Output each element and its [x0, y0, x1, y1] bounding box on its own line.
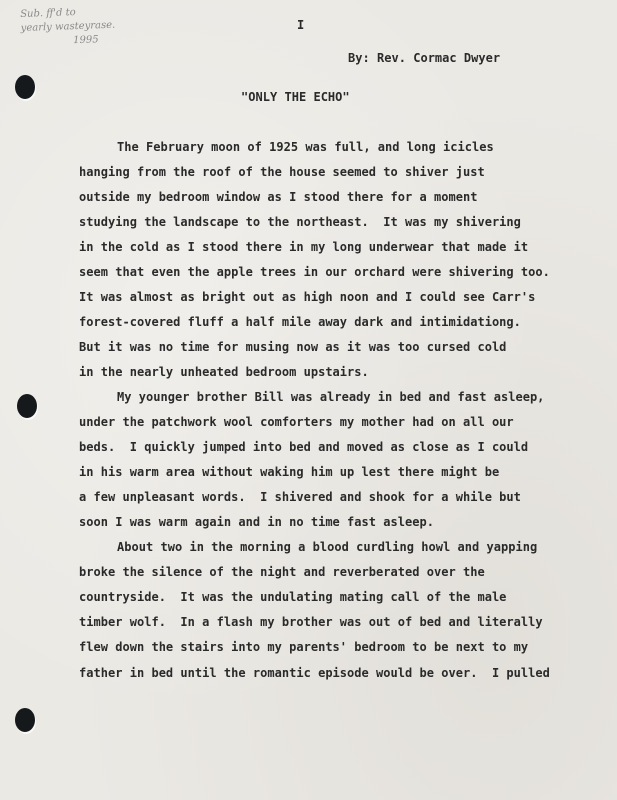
page-number: I [297, 18, 304, 32]
body-line: My younger brother Bill was already in b… [117, 390, 544, 404]
body-line: flew down the stairs into my parents' be… [79, 640, 528, 654]
body-line: hanging from the roof of the house seeme… [79, 165, 485, 179]
body-line: timber wolf. In a flash my brother was o… [79, 615, 543, 629]
story-title: "ONLY THE ECHO" [241, 90, 350, 104]
body-line: broke the silence of the night and rever… [79, 565, 485, 579]
body-line: in the cold as I stood there in my long … [79, 240, 528, 254]
author-byline: By: Rev. Cormac Dwyer [348, 51, 500, 65]
body-line: outside my bedroom window as I stood the… [79, 190, 477, 204]
body-line: father in bed until the romantic episode… [79, 666, 550, 680]
body-line: studying the landscape to the northeast.… [79, 215, 521, 229]
body-line: beds. I quickly jumped into bed and move… [79, 440, 528, 454]
body-line: in his warm area without waking him up l… [79, 465, 499, 479]
body-line: forest-covered fluff a half mile away da… [79, 315, 521, 329]
body-line: seem that even the apple trees in our or… [79, 265, 550, 279]
body-line: About two in the morning a blood curdlin… [117, 540, 537, 554]
body-line: It was almost as bright out as high noon… [79, 290, 535, 304]
body-line: But it was no time for musing now as it … [79, 340, 506, 354]
punch-hole-middle [17, 394, 37, 418]
body-line: countryside. It was the undulating matin… [79, 590, 506, 604]
body-line: soon I was warm again and in no time fas… [79, 515, 434, 529]
document-page: Sub. ff'd to yearly wasteyrase. 1995 I B… [0, 0, 617, 800]
punch-hole-bottom [15, 708, 35, 732]
body-line: under the patchwork wool comforters my m… [79, 415, 514, 429]
punch-hole-top [15, 75, 35, 99]
body-line: in the nearly unheated bedroom upstairs. [79, 365, 369, 379]
body-line: The February moon of 1925 was full, and … [117, 140, 494, 154]
body-line: a few unpleasant words. I shivered and s… [79, 490, 521, 504]
handwritten-note: Sub. ff'd to yearly wasteyrase. 1995 [20, 5, 116, 50]
